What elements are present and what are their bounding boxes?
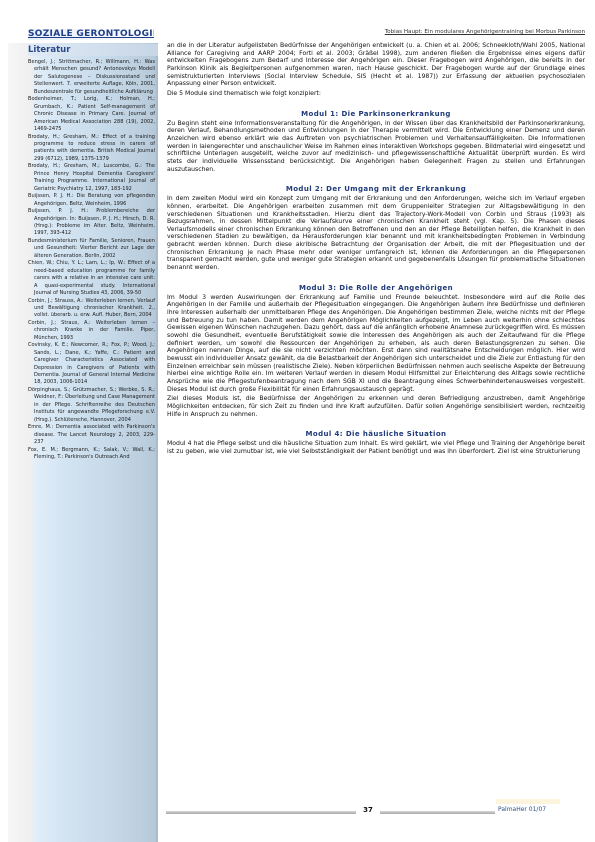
reference-item: Bengel, J.; Strittmacher, R.; Willmann, … <box>28 59 155 96</box>
reference-item: Emre, M.: Dementia associated with Parki… <box>28 424 155 446</box>
footer-rule-right <box>380 811 495 814</box>
body-paragraph: Modul 4 hat die Pflege selbst und die hä… <box>167 440 585 455</box>
module-4-section: Modul 4: Die häusliche Situation Modul 4… <box>167 430 585 455</box>
body-paragraph: In dem zweiten Modul wird ein Konzept zu… <box>167 195 585 272</box>
module-1-section: Modul 1: Die Parkinsonerkrankung Zu Begi… <box>167 110 585 174</box>
page-number: 37 <box>360 806 376 814</box>
reference-item: Dörpinghaus, S.; Grützmacher, S.; Werbke… <box>28 387 155 424</box>
reference-list: Bengel, J.; Strittmacher, R.; Willmann, … <box>28 59 155 461</box>
reference-item: Bodenheimer, T.; Lorig, K.; Holman, H.; … <box>28 96 155 133</box>
body-paragraph: Ziel dieses Moduls ist, die Bedürfnisse … <box>167 395 585 418</box>
running-head: Tobias Haupt: Ein modulares Angehörigent… <box>300 29 585 35</box>
reference-item: Corbin, J.; Straus, A.: Weiterleben lern… <box>28 320 155 342</box>
module-heading: Modul 1: Die Parkinsonerkrankung <box>167 110 585 119</box>
journal-logo: SOZIALE GERONTOLOGIE <box>28 29 154 40</box>
body-paragraph: Zu Beginn steht eine Informationsveranst… <box>167 120 585 174</box>
module-3-section: Modul 3: Die Rolle der Angehörigen Im Mo… <box>167 284 585 419</box>
reference-item: Buijssen, P. J. H.: Die Beratung von pfl… <box>28 193 155 208</box>
reference-item: Chien, W.; Chiu, Y. L.; Lam, L.; Ip, W.:… <box>28 260 155 297</box>
reference-item: Buijssen, P. J. H.: Problembereiche der … <box>28 208 155 238</box>
module-2-section: Modul 2: Der Umgang mit der Erkrankung I… <box>167 185 585 272</box>
references-sidebar: Literatur Bengel, J.; Strittmacher, R.; … <box>8 43 158 842</box>
reference-item: Brodaty, H.; Gresham, M.: Effect of a tr… <box>28 134 155 164</box>
body-paragraph: Im Modul 3 werden Auswirkungen der Erkra… <box>167 294 585 394</box>
article-body: an die in der Literatur aufgelisteten Be… <box>167 42 585 458</box>
reference-item: Brodaty, H.; Gresham, M.; Luscombe, G.: … <box>28 163 155 193</box>
body-paragraph: an die in der Literatur aufgelisteten Be… <box>167 42 585 88</box>
issue-label: PalmaHer 01/07 <box>498 806 588 813</box>
body-paragraph: Die 5 Module sind thematisch wie folgt k… <box>167 90 585 98</box>
module-heading: Modul 4: Die häusliche Situation <box>167 430 585 439</box>
references-title: Literatur <box>28 44 158 56</box>
module-heading: Modul 2: Der Umgang mit der Erkrankung <box>167 185 585 194</box>
reference-item: Bundesministerium für Familie, Senioren,… <box>28 238 155 260</box>
footer-rule-left <box>166 811 356 814</box>
module-heading: Modul 3: Die Rolle der Angehörigen <box>167 284 585 293</box>
issue-highlight <box>496 799 560 804</box>
reference-item: Fox, E. M.; Bergmann, K.; Salak, V.; Wal… <box>28 447 155 462</box>
reference-item: Covinsky, K. E.; Newcomer, R.; Fox, P.; … <box>28 342 155 387</box>
reference-item: Corbin, J.; Strauss, A.: Weiterleben ler… <box>28 298 155 320</box>
